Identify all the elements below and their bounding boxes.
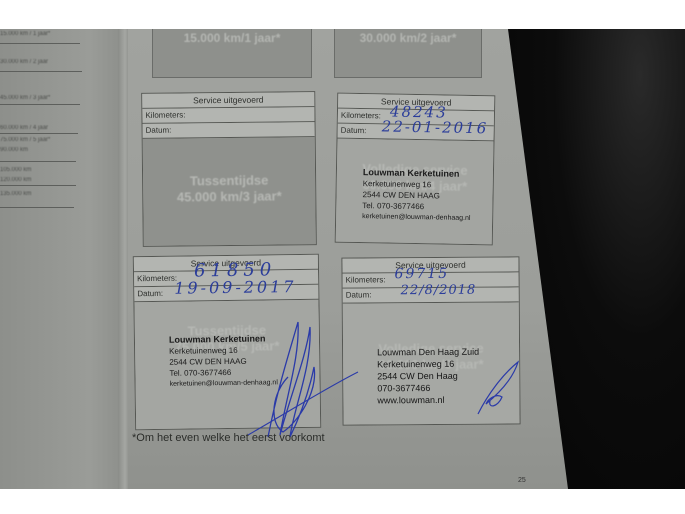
kilometers-label: Kilometers: bbox=[137, 274, 177, 284]
left-page-text: 75.000 km / 5 jaar* bbox=[0, 137, 50, 143]
date-label: Datum: bbox=[346, 290, 372, 299]
card-body: Tussentijdse 75.000 km/5 jaar* Louwman K… bbox=[134, 300, 320, 430]
stamp-name: Louwman Kerketuinen bbox=[169, 333, 277, 346]
service-card-4: Service uitgevoerd Kilometers:69715 Datu… bbox=[341, 256, 520, 425]
date-label: Datum: bbox=[146, 126, 172, 135]
date-label: Datum: bbox=[341, 126, 367, 135]
card-body: Volledige service 90.000 km/6 jaar* Louw… bbox=[343, 302, 520, 424]
service-card-3: Service uitgevoerd Kilometers:61850 Datu… bbox=[133, 254, 321, 431]
card-body: Tussentijdse 45.000 km/3 jaar* bbox=[143, 137, 316, 246]
left-page-text: 30.000 km / 2 jaar bbox=[0, 59, 48, 65]
dealer-stamp: Louwman Den Haag Zuid Kerketuinenweg 16 … bbox=[377, 346, 479, 407]
left-page-text: 135.000 km bbox=[0, 191, 31, 197]
date-row: Datum:22/8/2018 bbox=[343, 287, 519, 303]
card-body: Volledige service 60.000 km/4 jaar* Louw… bbox=[336, 139, 494, 245]
kilometers-label: Kilometers: bbox=[341, 111, 381, 121]
service-booklet-photo: 15.000 km / 1 jaar* 30.000 km / 2 jaar 4… bbox=[0, 29, 685, 489]
left-page-text: 105.000 km bbox=[0, 167, 31, 173]
kilometers-value: 61850 bbox=[194, 263, 276, 278]
date-value: 22/8/2018 bbox=[401, 284, 477, 299]
service-box-top-left: 15.000 km/1 jaar* bbox=[152, 29, 312, 78]
dealer-stamp: Louwman Kerketuinen Kerketuinenweg 16 25… bbox=[362, 167, 471, 224]
stamp-website: www.louwman.nl bbox=[377, 394, 479, 407]
watermark-text: 30.000 km/2 jaar* bbox=[335, 31, 481, 45]
stamp-phone: 070-3677466 bbox=[377, 382, 479, 395]
date-value: 19-09-2017 bbox=[174, 280, 296, 296]
page-number: 25 bbox=[518, 477, 526, 484]
footnote: *Om het even welke het eerst voorkomt bbox=[132, 432, 325, 444]
stamp-email: kerketuinen@louwman-denhaag.nl bbox=[362, 211, 470, 224]
service-card-2: Service uitgevoerd Kilometers:48243 Datu… bbox=[335, 93, 496, 246]
date-label: Datum: bbox=[137, 289, 163, 298]
dealer-stamp: Louwman Kerketuinen Kerketuinenweg 16 25… bbox=[169, 333, 278, 390]
stamp-city: 2544 CW Den Haag bbox=[377, 370, 479, 383]
kilometers-value: 69715 bbox=[394, 267, 449, 281]
service-card-1: Service uitgevoerd Kilometers: Datum: Tu… bbox=[141, 91, 317, 247]
kilometers-label: Kilometers: bbox=[145, 110, 185, 119]
left-page-text: 45.000 km / 3 jaar* bbox=[0, 95, 50, 101]
left-page-text: 120.000 km bbox=[0, 177, 31, 183]
right-page: 15.000 km/1 jaar* 30.000 km/2 jaar* Serv… bbox=[128, 29, 568, 489]
service-box-top-right: 30.000 km/2 jaar* bbox=[334, 29, 482, 78]
stamp-email: kerketuinen@louwman-denhaag.nl bbox=[170, 377, 278, 390]
stamp-name: Louwman Den Haag Zuid bbox=[377, 346, 479, 359]
watermark-line2: 45.000 km/3 jaar* bbox=[143, 188, 315, 206]
watermark-text: 15.000 km/1 jaar* bbox=[153, 31, 311, 45]
kilometers-label: Kilometers: bbox=[346, 275, 386, 284]
left-page-text: 15.000 km / 1 jaar* bbox=[0, 31, 50, 37]
left-page-text: 90.000 km bbox=[0, 147, 28, 153]
left-page: 15.000 km / 1 jaar* 30.000 km / 2 jaar 4… bbox=[0, 29, 128, 489]
stamp-street: Kerketuinenweg 16 bbox=[377, 358, 479, 371]
left-page-text: 60.000 km / 4 jaar bbox=[0, 125, 48, 131]
watermark-line1: Tussentijdse bbox=[143, 172, 315, 190]
date-value: 22-01-2016 bbox=[382, 119, 489, 135]
